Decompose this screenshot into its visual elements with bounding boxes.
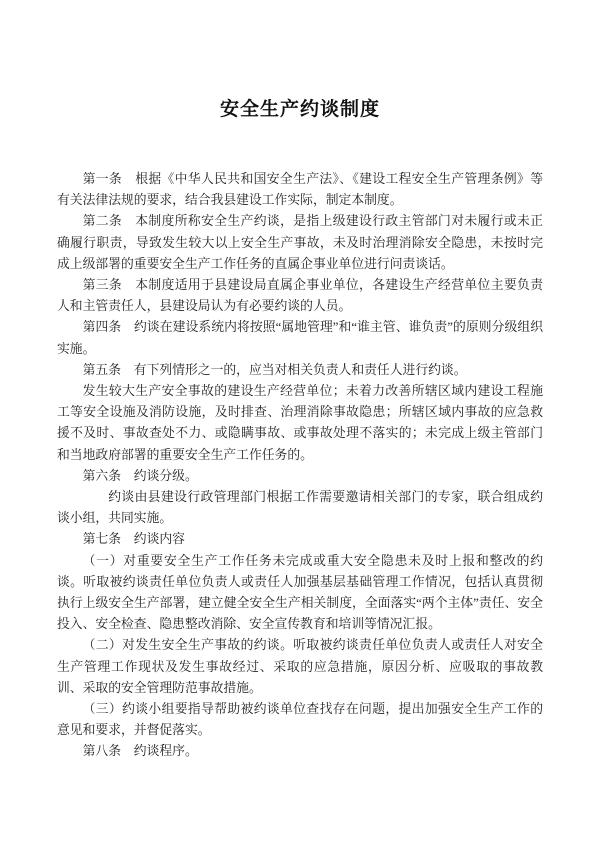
paragraph-article-7: 第七条 约谈内容 bbox=[57, 529, 543, 550]
paragraph-article-5: 第五条 有下列情形之一的，应当对相关负责人和责任人进行约谈。 bbox=[57, 360, 543, 381]
paragraph-article-7-item-3: （三）约谈小组要指导帮助被约谈单位查找存在问题，提出加强安全生产工作的意见和要求… bbox=[57, 699, 543, 741]
paragraph-article-4: 第四条 约谈在建设系统内将按照“属地管理”和“谁主管、谁负责”的原则分级组织实施… bbox=[57, 317, 543, 359]
paragraph-article-1: 第一条 根据《中华人民共和国安全生产法》、《建设工程安全生产管理条例》等有关法律… bbox=[57, 169, 543, 211]
document-body: 第一条 根据《中华人民共和国安全生产法》、《建设工程安全生产管理条例》等有关法律… bbox=[57, 169, 543, 763]
paragraph-article-5-items: 发生较大生产安全事故的建设生产经营单位；未着力改善所辖区域内建设工程施工等安全设… bbox=[57, 381, 543, 466]
paragraph-article-6-detail: 约谈由县建设行政管理部门根据工作需要邀请相关部门的专家，联合组成约谈小组，共同实… bbox=[57, 487, 543, 529]
document-title: 安全生产约谈制度 bbox=[0, 96, 600, 123]
paragraph-article-3: 第三条 本制度适用于县建设局直属企事业单位，各建设生产经营单位主要负责人和主管责… bbox=[57, 275, 543, 317]
paragraph-article-2: 第二条 本制度所称安全生产约谈，是指上级建设行政主管部门对未履行或未正确履行职责… bbox=[57, 211, 543, 275]
paragraph-article-7-item-1: （一）对重要安全生产工作任务未完成或重大安全隐患未及时上报和整改的约谈。听取被约… bbox=[57, 551, 543, 636]
paragraph-article-8: 第八条 约谈程序。 bbox=[57, 741, 543, 762]
paragraph-article-7-item-2: （二）对发生安全生产事故的约谈。听取被约谈责任单位负责人或责任人对安全生产管理工… bbox=[57, 635, 543, 699]
document-page: 安全生产约谈制度 第一条 根据《中华人民共和国安全生产法》、《建设工程安全生产管… bbox=[0, 0, 600, 850]
paragraph-article-6: 第六条 约谈分级。 bbox=[57, 466, 543, 487]
